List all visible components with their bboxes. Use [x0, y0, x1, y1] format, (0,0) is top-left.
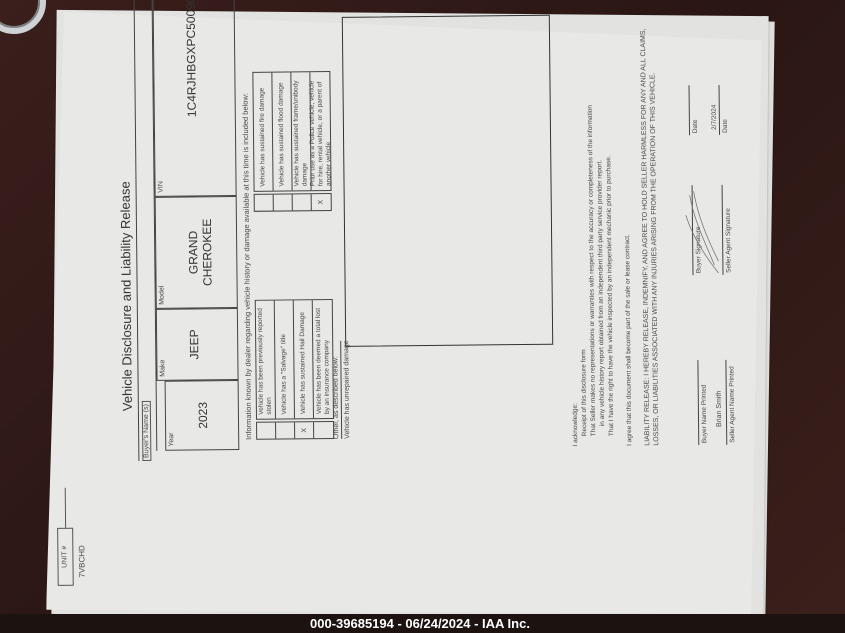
- checkbox[interactable]: X: [312, 194, 331, 210]
- checklist-item: Vehicle has a "Salvage" title: [275, 300, 295, 418]
- page-title: Vehicle Disclosure and Liability Release: [117, 181, 134, 411]
- vin-cell: VIN 1C4RJHBGXPC500902: [152, 0, 237, 197]
- date-label: Date: [692, 119, 699, 133]
- checklist-item: Vehicle has sustained Hail Damage: [294, 300, 314, 418]
- signature-line: [689, 85, 691, 135]
- seller-date-label: Date: [722, 119, 729, 133]
- buyer-name-label: Buyer's Name (s): [142, 401, 152, 461]
- model-label: Model: [159, 286, 166, 305]
- other-value: Vehicle has unrepaired damage: [340, 340, 352, 439]
- checkbox[interactable]: X: [295, 422, 314, 438]
- binder-ring: [0, 0, 46, 34]
- checklist-item: Vehicle has been previously reported sto…: [256, 301, 276, 419]
- make-cell: Make JEEP: [156, 308, 239, 381]
- seller-date-value: 2/7/2024: [711, 105, 718, 130]
- signature-line: [719, 85, 721, 135]
- checklist-item: Vehicle has sustained flood damage: [272, 72, 292, 190]
- year-value: 2023: [196, 381, 211, 449]
- info-statement: Information known by dealer regarding ve…: [241, 93, 254, 440]
- liability-release: LIABILITY RELEASE: I HEREBY RELEASE, IND…: [639, 6, 662, 446]
- make-label: Make: [159, 360, 166, 377]
- year-cell: Year 2023: [165, 380, 240, 451]
- signature-line: [722, 185, 724, 275]
- seller-name-value: Brian Smith: [716, 391, 723, 427]
- checkbox[interactable]: [276, 422, 295, 438]
- unit-value: 7VBCHD: [77, 545, 86, 578]
- make-value: JEEP: [187, 309, 202, 379]
- signature-scribble: [684, 185, 723, 275]
- year-label: Year: [168, 433, 175, 447]
- vehicle-info-grid: Year 2023 Make JEEP Model GRAND CHEROKEE…: [151, 0, 239, 451]
- signature-line: [697, 360, 699, 445]
- left-checklist: Vehicle has been previously reported sto…: [255, 299, 334, 420]
- seller-name-label: Seller Agent Name Printed: [728, 366, 736, 443]
- checklist-item: Vehicle has sustained fire damage: [253, 73, 273, 191]
- model-cell: Model GRAND CHEROKEE: [155, 196, 238, 309]
- signature-line: [725, 360, 727, 445]
- right-checkboxes: X: [254, 193, 332, 212]
- checkbox[interactable]: [257, 423, 276, 439]
- checkbox[interactable]: [314, 422, 333, 438]
- checklist-item: Vehicle has been deemed a total lost by …: [313, 300, 333, 418]
- other-section: Other, as described below: Vehicle has u…: [331, 340, 352, 439]
- unit-label: UNIT #: [57, 528, 74, 586]
- vin-value: 1C4RJHBGXPC500902: [183, 0, 200, 196]
- buyer-name-label: Buyer Name Printed: [701, 385, 709, 444]
- checkbox[interactable]: [293, 194, 312, 210]
- vin-label: VIN: [157, 181, 164, 193]
- watermark-bar: 000-39685194 - 06/24/2024 - IAA Inc.: [0, 614, 845, 633]
- checkbox[interactable]: [255, 195, 274, 211]
- disclosure-form: UNIT # 7VBCHD Vehicle Disclosure and Lia…: [42, 1, 760, 612]
- divider: [65, 488, 66, 528]
- agree-statement: I agree that this document shall become …: [621, 6, 635, 446]
- other-description-box[interactable]: [342, 15, 553, 347]
- other-label: Other, as described below:: [331, 340, 341, 439]
- acknowledgement-section: I acknowledge: Receipt of this disclosur…: [567, 6, 662, 447]
- watermark-text: 000-39685194 - 06/24/2024 - IAA Inc.: [310, 616, 530, 631]
- model-value: GRAND CHEROKEE: [186, 197, 215, 307]
- seller-signature-label: Seller Agent Signature: [725, 208, 733, 273]
- checklist-item: Prior use as a Police vehicle, vehicle f…: [310, 72, 330, 190]
- left-checkboxes: X: [256, 421, 334, 440]
- checkbox[interactable]: [274, 194, 293, 210]
- right-checklist: Vehicle has sustained fire damage Vehicl…: [252, 71, 331, 192]
